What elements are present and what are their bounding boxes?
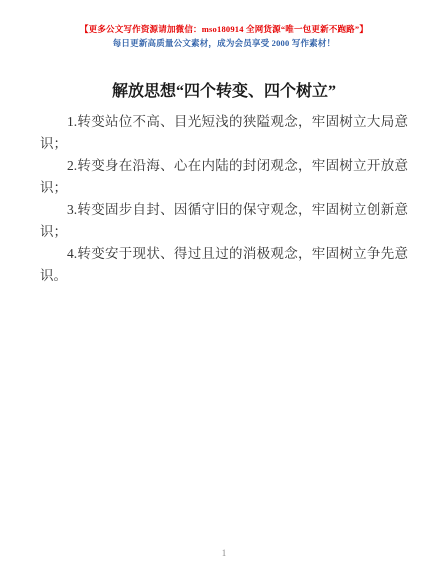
watermark-line-red: 【更多公文写作资源请加微信：mso180914 全网货源“唯一包更新不跑路”】 [0,23,448,35]
page-title: 解放思想“四个转变、四个树立” [0,81,448,102]
header-watermark: 【更多公文写作资源请加微信：mso180914 全网货源“唯一包更新不跑路”】 … [0,0,448,49]
page-number: 1 [0,548,448,558]
paragraph-2: 2.转变身在沿海、心在内陆的封闭观念，牢固树立开放意识； [40,155,408,199]
paragraph-4: 4.转变安于现状、得过且过的消极观念，牢固树立争先意识。 [40,243,408,287]
paragraph-1: 1.转变站位不高、目光短浅的狭隘观念，牢固树立大局意识； [40,111,408,155]
paragraph-3: 3.转变固步自封、因循守旧的保守观念，牢固树立创新意识； [40,199,408,243]
watermark-line-blue: 每日更新高质量公文素材，成为会员享受 2000 写作素材！ [0,37,448,49]
document-body: 1.转变站位不高、目光短浅的狭隘观念，牢固树立大局意识； 2.转变身在沿海、心在… [40,111,408,287]
document-page: 【更多公文写作资源请加微信：mso180914 全网货源“唯一包更新不跑路”】 … [0,0,448,580]
